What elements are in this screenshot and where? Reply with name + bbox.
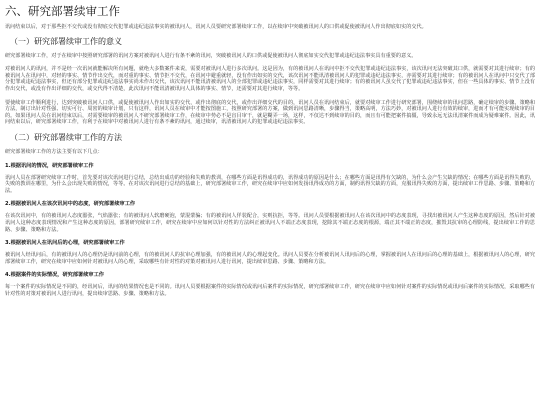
- paragraph: 讯问人员在部署研究续审工作时，首先要对该次讯问进行总结，总结出成功的经验和失败的…: [5, 175, 535, 195]
- document-title: 六、研究部署续审工作: [5, 4, 535, 18]
- paragraph: 研究部署续审工作，对于在续审中按照研究部署的讯问方案对被讯问人进行有条不紊的讯问…: [5, 53, 535, 60]
- subsection-heading: 1.根据讯问的情况，研究部署续审工作: [5, 163, 535, 170]
- subsection-heading: 3.根据被讯问人在讯问后的心理，研究部署续审工作: [5, 240, 535, 247]
- paragraph: 对被讯问人的讯问，并不是经一次讯问就能解决所有问题，就绝大多数案件来说，需要对被…: [5, 66, 535, 92]
- paragraph: 每一个案件的实际情况是不同的，经讯问后，讯问的结果情况也是不同的。讯问人员要根据…: [5, 284, 535, 297]
- subsection-heading: 2.根据被讯问人在该次讯问中的态度，研究部署续审工作: [5, 201, 535, 208]
- paragraph: 在该次讯问中，有的被讯问人态度嚣张，气焰嚣张；有的被讯问人软磨硬泡，蒙混蒙骗；有…: [5, 213, 535, 233]
- section-heading-methods: （二）研究部署续审工作的方法: [10, 133, 535, 143]
- section-heading-significance: （一）研究部署续审工作的意义: [10, 37, 535, 47]
- section-intro: 研究部署续审工作的方法主要有以下几点：: [5, 149, 535, 156]
- paragraph: 要使续审工作顺利进行，达到突破被讯问人口供，或促使被讯问人作出如实的交代，或作出…: [5, 100, 535, 126]
- document-page: 六、研究部署续审工作 讯问结束以后，对于那些拒不交代或没有彻底交代犯罪或违纪违法…: [0, 0, 540, 297]
- subsection-heading: 4.根据案件的实际情况，研究部署续审工作: [5, 272, 535, 279]
- intro-paragraph: 讯问结束以后，对于那些拒不交代或没有彻底交代犯罪或违纪违法事实的被讯问人，讯问人…: [5, 24, 535, 31]
- paragraph: 被讯问人经讯问后，有的被讯问人的心理仍是讯问前的心理，有的被讯问人的抗审心理加强…: [5, 252, 535, 265]
